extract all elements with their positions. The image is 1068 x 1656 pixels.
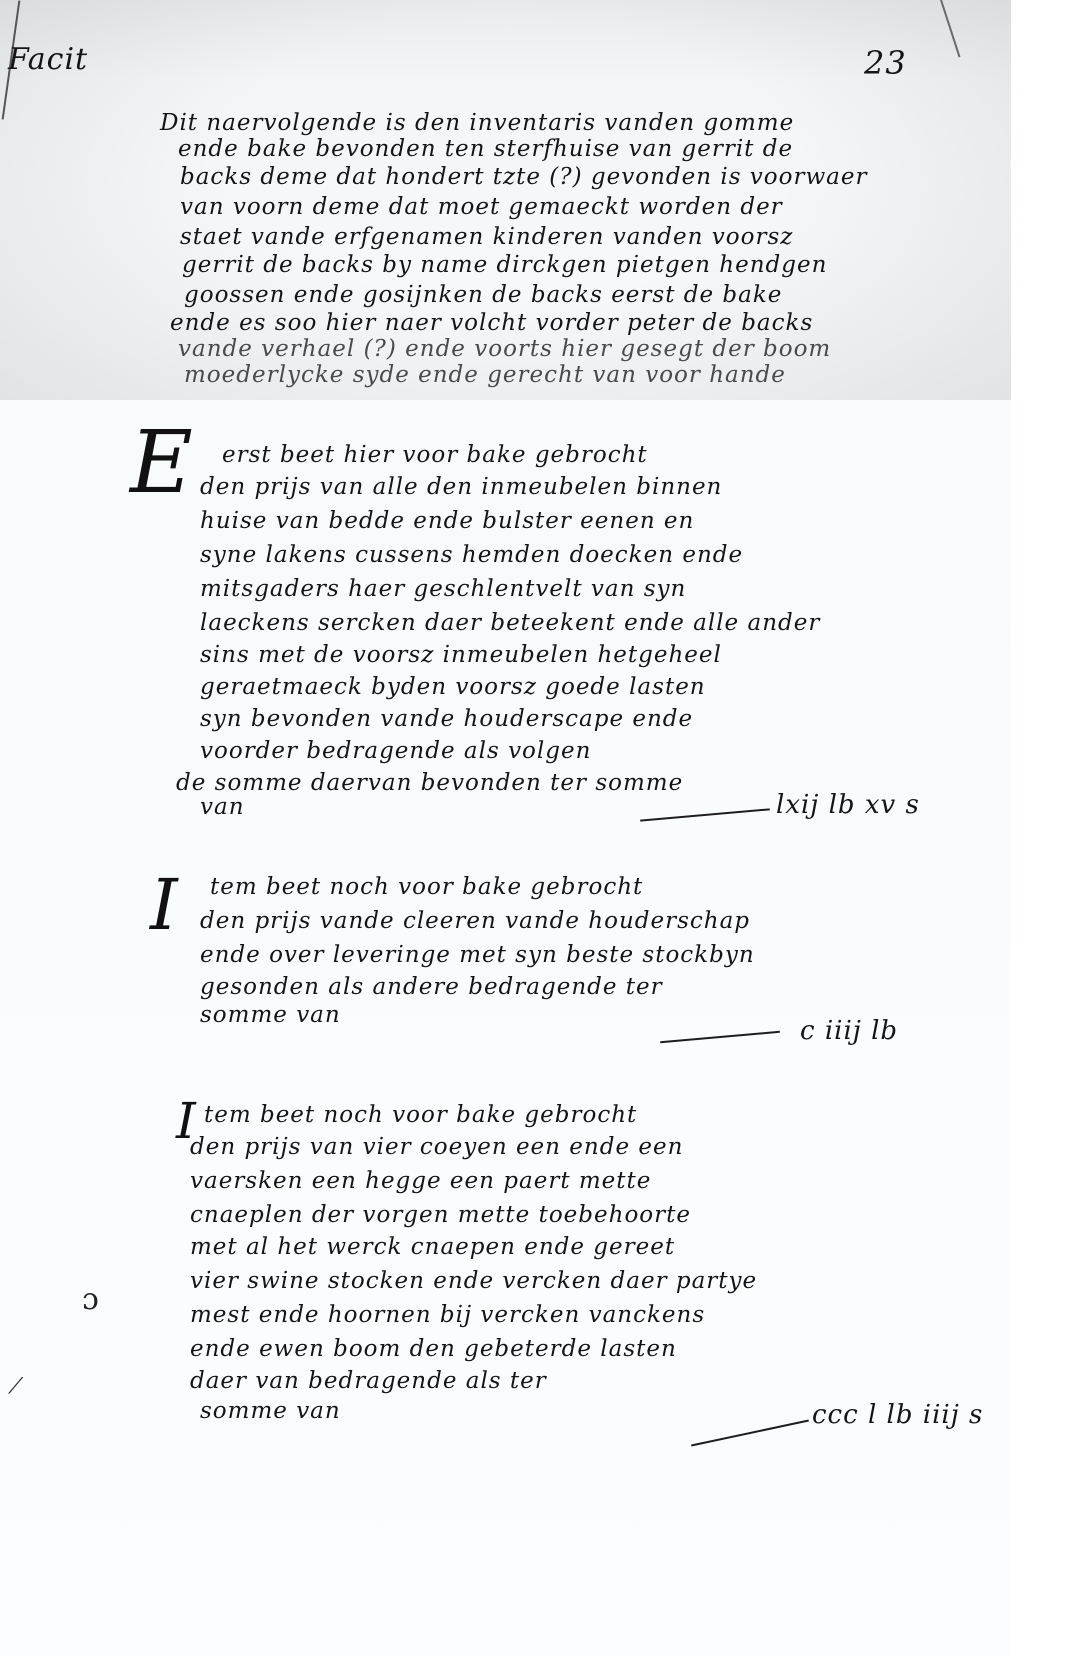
entry-line: van bbox=[200, 792, 245, 823]
entry-line: huise van bedde ende bulster eenen en bbox=[200, 506, 694, 537]
entry-line: den prijs van alle den inmeubelen binnen bbox=[200, 472, 722, 503]
header-facit: Facit bbox=[8, 42, 88, 77]
entry-line: ende ewen boom den gebeterde lasten bbox=[190, 1334, 677, 1365]
scan-margin bbox=[1011, 0, 1068, 1656]
entry-line: tem beet noch voor bake gebrocht bbox=[210, 872, 643, 903]
entry-amount: ccc l lb iiij s bbox=[812, 1400, 983, 1430]
entry-line: vaersken een hegge een paert mette bbox=[190, 1166, 651, 1197]
entry-line: mest ende hoornen bij vercken vanckens bbox=[190, 1300, 705, 1331]
entry-line: tem beet noch voor bake gebrocht bbox=[204, 1100, 637, 1131]
entry-line: daer van bedragende als ter bbox=[190, 1366, 547, 1397]
amount-rule bbox=[691, 1420, 809, 1447]
entry-line: ende over leveringe met syn beste stockb… bbox=[200, 940, 755, 971]
entry-line: somme van bbox=[200, 1396, 341, 1427]
margin-stroke-icon: ⟋ bbox=[8, 1374, 23, 1399]
entry-amount: c iiij lb bbox=[800, 1016, 898, 1046]
amount-rule bbox=[640, 808, 770, 821]
entry-line: gesonden als andere bedragende ter bbox=[200, 972, 663, 1003]
margin-ink-blot-icon: ɔ bbox=[82, 1282, 99, 1317]
entry-line: somme van bbox=[200, 1000, 341, 1031]
entry-line: vier swine stocken ende vercken daer par… bbox=[190, 1266, 757, 1297]
intro-line: staet vande erfgenamen kinderen vanden v… bbox=[180, 222, 793, 253]
amount-rule bbox=[660, 1031, 780, 1043]
entry-amount: lxij lb xv s bbox=[776, 790, 920, 820]
entry-line: syne lakens cussens hemden doecken ende bbox=[200, 540, 743, 571]
decorated-initial: E bbox=[130, 420, 193, 506]
intro-line: backs deme dat hondert tzte (?) gevonden… bbox=[180, 162, 868, 193]
intro-line: van voorn deme dat moet gemaeckt worden … bbox=[180, 192, 783, 223]
intro-line: moederlycke syde ende gerecht van voor h… bbox=[184, 360, 786, 391]
manuscript-page: Facit 23 Dit naervolgende is den inventa… bbox=[0, 0, 1011, 1656]
entry-line: geraetmaeck byden voorsz goede lasten bbox=[200, 672, 706, 703]
page-number: 23 bbox=[864, 44, 907, 82]
intro-line: gerrit de backs by name dirckgen pietgen… bbox=[182, 250, 827, 281]
entry-line: erst beet hier voor bake gebrocht bbox=[222, 440, 648, 471]
entry-line: syn bevonden vande houderscape ende bbox=[200, 704, 693, 735]
entry-line: laeckens sercken daer beteekent ende all… bbox=[200, 608, 820, 639]
entry-line: den prijs van vier coeyen een ende een bbox=[190, 1132, 683, 1163]
entry-line: mitsgaders haer geschlentvelt van syn bbox=[200, 574, 686, 605]
entry-line: met al het werck cnaepen ende gereet bbox=[190, 1232, 675, 1263]
intro-line: ende bake bevonden ten sterfhuise van ge… bbox=[178, 134, 793, 165]
entry-line: sins met de voorsz inmeubelen hetgeheel bbox=[200, 640, 722, 671]
entry-line: cnaeplen der vorgen mette toebehoorte bbox=[190, 1200, 691, 1231]
entry-line: den prijs vande cleeren vande houderscha… bbox=[200, 906, 750, 937]
intro-line: goossen ende gosijnken de backs eerst de… bbox=[184, 280, 782, 311]
entry-line: voorder bedragende als volgen bbox=[200, 736, 591, 767]
entry-line: de somme daervan bevonden ter somme bbox=[176, 768, 683, 799]
decorated-initial: I bbox=[150, 862, 178, 948]
